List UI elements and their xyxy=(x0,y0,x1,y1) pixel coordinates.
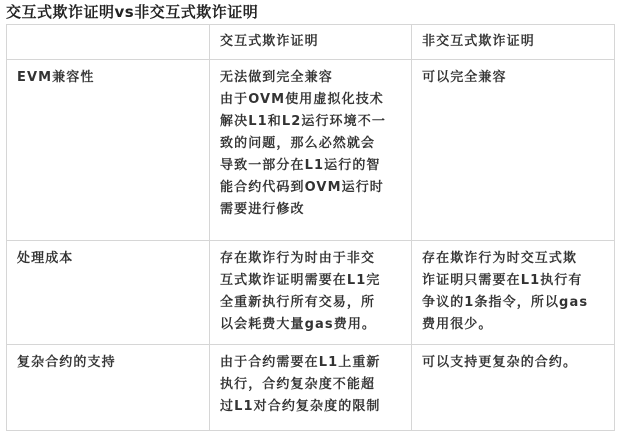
cell-text-line: 过L1对合约复杂度的限制 xyxy=(220,396,401,418)
cell-non-interactive: 可以完全兼容 xyxy=(412,60,615,241)
comparison-table: 交互式欺诈证明 非交互式欺诈证明 EVM兼容性 无法做到完全兼容 由于OVM使用… xyxy=(6,24,615,431)
cell-text-line: 以会耗费大量gas费用。 xyxy=(220,314,401,336)
cell-non-interactive: 存在欺诈行为时交互式欺 诈证明只需要在L1执行有 争议的1条指令，所以gas 费… xyxy=(412,241,615,345)
cell-text-line: 无法做到完全兼容 xyxy=(220,67,401,89)
cell-interactive: 无法做到完全兼容 由于OVM使用虚拟化技术 解决L1和L2运行环境不一 致的问题… xyxy=(210,60,412,241)
table-row: 复杂合约的支持 由于合约需要在L1上重新 执行，合约复杂度不能超 过L1对合约复… xyxy=(7,345,615,431)
table-header-row: 交互式欺诈证明 非交互式欺诈证明 xyxy=(7,25,615,60)
cell-text-line: 争议的1条指令，所以gas xyxy=(422,292,604,314)
cell-text-line: 诈证明只需要在L1执行有 xyxy=(422,270,604,292)
cell-text-line: 由于合约需要在L1上重新 xyxy=(220,352,401,374)
cell-text-line: 由于OVM使用虚拟化技术 xyxy=(220,89,401,111)
table-row: 处理成本 存在欺诈行为时由于非交 互式欺诈证明需要在L1完 全重新执行所有交易，… xyxy=(7,241,615,345)
header-cell-feature xyxy=(7,25,210,60)
cell-text-line: 可以支持更复杂的合约。 xyxy=(422,352,604,374)
cell-text-line: 费用很少。 xyxy=(422,314,604,336)
row-label: 复杂合约的支持 xyxy=(7,345,210,431)
cell-text-line: 能合约代码到OVM运行时 xyxy=(220,177,401,199)
cell-text-line: 导致一部分在L1运行的智 xyxy=(220,155,401,177)
cell-text-line: 互式欺诈证明需要在L1完 xyxy=(220,270,401,292)
cell-text-line: 存在欺诈行为时由于非交 xyxy=(220,248,401,270)
page-title: 交互式欺诈证明vs非交互式欺诈证明 xyxy=(6,2,258,22)
cell-text-line: 需要进行修改 xyxy=(220,199,401,221)
row-label: 处理成本 xyxy=(7,241,210,345)
cell-text-line: 可以完全兼容 xyxy=(422,67,604,89)
header-cell-interactive: 交互式欺诈证明 xyxy=(210,25,412,60)
cell-text-line: 解决L1和L2运行环境不一 xyxy=(220,111,401,133)
cell-text-line: 全重新执行所有交易，所 xyxy=(220,292,401,314)
cell-non-interactive: 可以支持更复杂的合约。 xyxy=(412,345,615,431)
cell-text-line: 存在欺诈行为时交互式欺 xyxy=(422,248,604,270)
header-cell-non-interactive: 非交互式欺诈证明 xyxy=(412,25,615,60)
table-row: EVM兼容性 无法做到完全兼容 由于OVM使用虚拟化技术 解决L1和L2运行环境… xyxy=(7,60,615,241)
cell-text-line: 执行，合约复杂度不能超 xyxy=(220,374,401,396)
row-label: EVM兼容性 xyxy=(7,60,210,241)
cell-interactive: 存在欺诈行为时由于非交 互式欺诈证明需要在L1完 全重新执行所有交易，所 以会耗… xyxy=(210,241,412,345)
cell-text-line: 致的问题，那么必然就会 xyxy=(220,133,401,155)
cell-interactive: 由于合约需要在L1上重新 执行，合约复杂度不能超 过L1对合约复杂度的限制 xyxy=(210,345,412,431)
